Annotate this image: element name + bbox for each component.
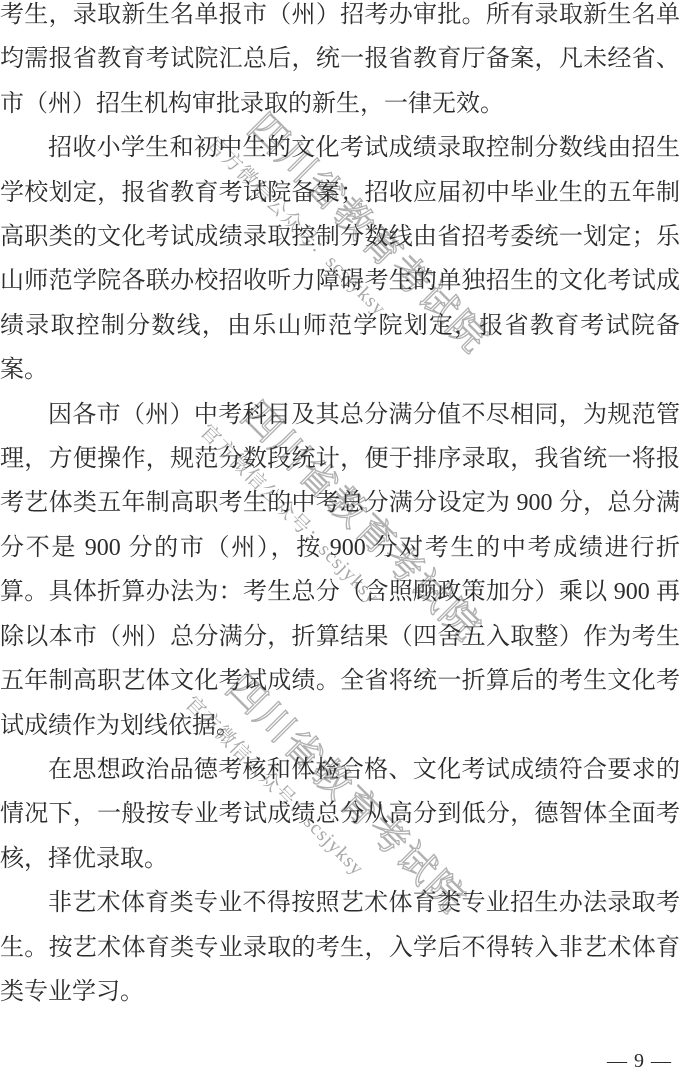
document-body: 考生，录取新生名单报市（州）招考办审批。所有录取新生名单均需报省教育考试院汇总后… (0, 0, 680, 1014)
page-number: — 9 — (607, 1050, 672, 1072)
page-footer: — 9 — (607, 1050, 672, 1073)
paragraph: 在思想政治品德考核和体检合格、文化考试成绩符合要求的情况下，一般按专业考试成绩总… (0, 748, 680, 881)
document-page: 四川省教育考试院 官方微信公众号：scsjyksy 四川省教育考试院 官方微信公… (0, 0, 680, 1086)
paragraph: 招收小学生和初中生的文化考试成绩录取控制分数线由招生学校划定，报省教育考试院备案… (0, 126, 680, 392)
paragraph: 非艺术体育类专业不得按照艺术体育类专业招生办法录取考生。按艺术体育类专业录取的考… (0, 881, 680, 1014)
paragraph: 因各市（州）中考科目及其总分满分值不尽相同，为规范管理，方便操作，规范分数段统计… (0, 393, 680, 748)
paragraph-continuation: 考生，录取新生名单报市（州）招考办审批。所有录取新生名单均需报省教育考试院汇总后… (0, 0, 680, 126)
